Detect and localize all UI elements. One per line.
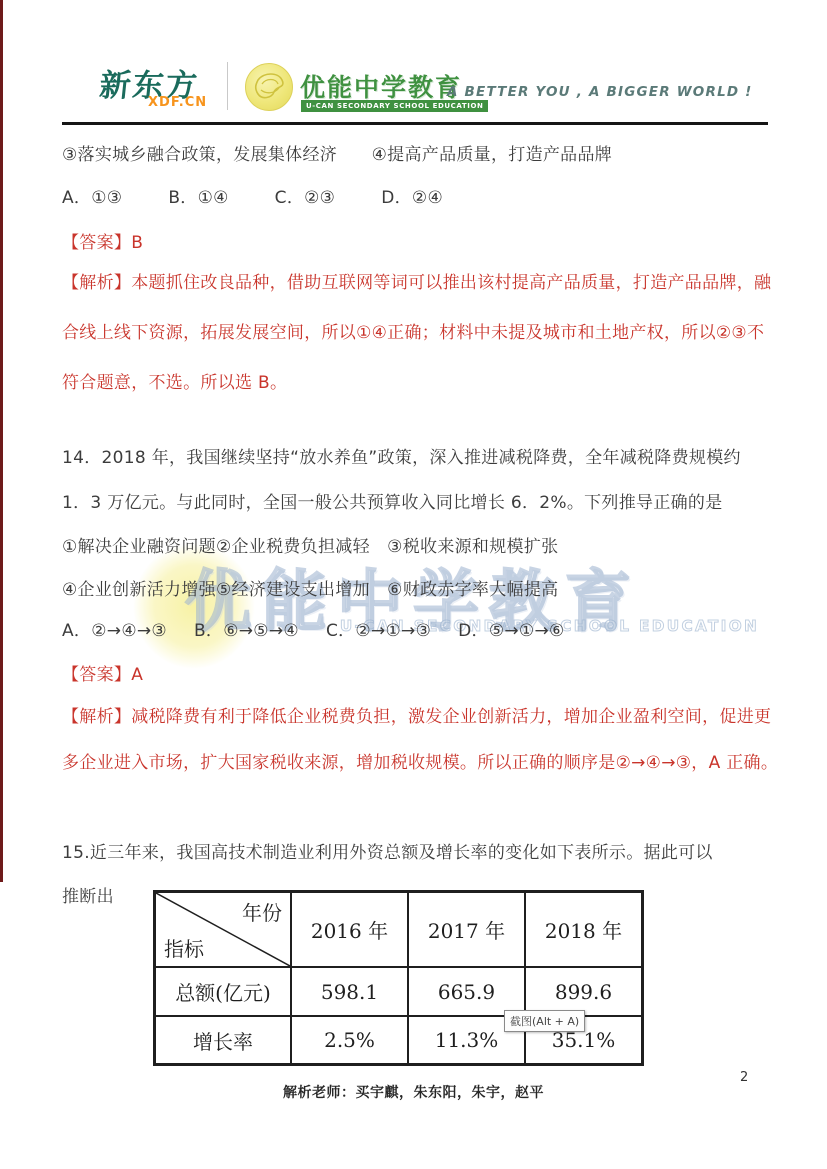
table-cell-total-2017: 665.9: [408, 967, 525, 1016]
q14-stem-line1: 14．2018 年，我国继续坚持“放水养鱼”政策，深入推进减税降费，全年减税降费…: [62, 443, 741, 468]
ucan-logo-icon: [245, 63, 293, 111]
table-corner-cell: 年份 指标: [155, 892, 292, 968]
q15-data-table: 年份 指标 2016 年 2017 年 2018 年 总额(亿元) 598.1 …: [153, 890, 644, 1066]
q13-analysis-line2: 合线上线下资源，拓展发展空间，所以①④正确；材料中未提及城市和土地产权，所以②③…: [62, 318, 764, 343]
q13-answer: 【答案】B: [62, 228, 143, 253]
page-number: 2: [740, 1070, 748, 1085]
xdf-domain-label: XDF.CN: [148, 95, 207, 110]
q14-choice-b: B．⑥→⑤→④: [194, 616, 299, 641]
document-page: 新东方 XDF.CN 优能中学教育 U-CAN SECONDARY SCHOOL…: [0, 0, 827, 1169]
table-corner-indicator-label: 指标: [164, 933, 204, 962]
table-col-2017: 2017 年: [408, 892, 525, 968]
header-rule: [62, 122, 768, 125]
header-slogan: A BETTER YOU , A BIGGER WORLD !: [447, 84, 753, 100]
table-cell-total-2016: 598.1: [291, 967, 408, 1016]
screenshot-tooltip[interactable]: 截图(Alt + A): [504, 1010, 585, 1032]
q13-analysis-line1: 【解析】本题抓住改良品种，借助互联网等词可以推出该村提高产品质量，打造产品品牌，…: [62, 268, 771, 293]
ucan-logo-caption: U-CAN SECONDARY SCHOOL EDUCATION: [301, 100, 488, 112]
q14-answer: 【答案】A: [62, 660, 143, 685]
q14-items-line1: ①解决企业融资问题②企业税费负担减轻 ③税收来源和规模扩张: [62, 532, 558, 557]
q14-choices-row: A．②→④→③ B．⑥→⑤→④ C．②→①→③ D．⑤→①→⑥: [62, 616, 565, 641]
q13-analysis-line3: 符合题意，不选。所以选 B。: [62, 368, 287, 393]
table-corner-year-label: 年份: [242, 897, 282, 926]
q13-choice-c: C．②③: [275, 183, 336, 208]
q14-analysis-line1: 【解析】减税降费有利于降低企业税费负担，激发企业创新活力，增加企业盈利空间，促进…: [62, 702, 771, 727]
q13-options-line: ③落实城乡融合政策，发展集体经济 ④提高产品质量，打造产品品牌: [62, 140, 612, 165]
q14-choice-d: D．⑤→①→⑥: [458, 616, 564, 641]
table-col-2016: 2016 年: [291, 892, 408, 968]
q14-stem-line2: 1．3 万亿元。与此同时，全国一般公共预算收入同比增长 6．2%。下列推导正确的…: [62, 488, 723, 513]
q13-choices-row: A．①③ B．①④ C．②③ D．②④: [62, 183, 443, 208]
q14-choice-c: C．②→①→③: [326, 616, 431, 641]
table-row-growth-label: 增长率: [155, 1016, 292, 1065]
q15-stem-line1: 15.近三年来，我国高技术制造业利用外资总额及增长率的变化如下表所示。据此可以: [62, 838, 713, 863]
table-cell-growth-2016: 2.5%: [291, 1016, 408, 1065]
q13-choice-a: A．①③: [62, 183, 122, 208]
scan-edge-line: [0, 0, 3, 882]
q14-choice-a: A．②→④→③: [62, 616, 167, 641]
header-divider: [227, 62, 228, 110]
ucan-logo-text: 优能中学教育: [300, 68, 462, 104]
q14-analysis-line2: 多企业进入市场，扩大国家税收来源，增加税收规模。所以正确的顺序是②→④→③，A …: [62, 748, 778, 773]
q15-stem-line2: 推断出: [62, 882, 114, 907]
table-row-total: 总额(亿元) 598.1 665.9 899.6: [155, 967, 643, 1016]
footer-teachers: 解析老师：买宇麒，朱东阳，朱宇，赵平: [0, 1082, 827, 1102]
q13-choice-d: D．②④: [381, 183, 443, 208]
q13-choice-b: B．①④: [168, 183, 228, 208]
table-row-total-label: 总额(亿元): [155, 967, 292, 1016]
q14-items-line2: ④企业创新活力增强⑤经济建设支出增加 ⑥财政赤字率大幅提高: [62, 575, 558, 600]
table-cell-total-2018: 899.6: [525, 967, 643, 1016]
table-col-2018: 2018 年: [525, 892, 643, 968]
